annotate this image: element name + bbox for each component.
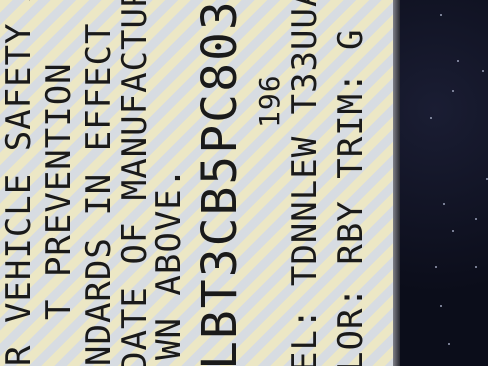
- label-line-prevention: T PREVENTION: [42, 62, 76, 320]
- car-body-panel: [400, 0, 488, 366]
- model-line: EL: TDNNLEW T33UUAB-H: [288, 0, 322, 366]
- vin-number: LBT3CB5PC803308: [196, 0, 244, 366]
- label-line-date-of-manufacture: DATE OF MANUFACTURE: [118, 0, 152, 366]
- label-line-safety: R VEHICLE SAFETY AND: [2, 0, 36, 366]
- label-line-shown-above: WN ABOVE.: [152, 167, 186, 360]
- label-number-196: 196: [256, 74, 284, 128]
- vehicle-certification-label: R VEHICLE SAFETY AND T PREVENTION NDARDS…: [0, 0, 396, 366]
- label-line-standards: NDARDS IN EFFECT ON: [82, 0, 116, 366]
- color-trim-line: LOR: RBY TRIM: G: [334, 28, 368, 366]
